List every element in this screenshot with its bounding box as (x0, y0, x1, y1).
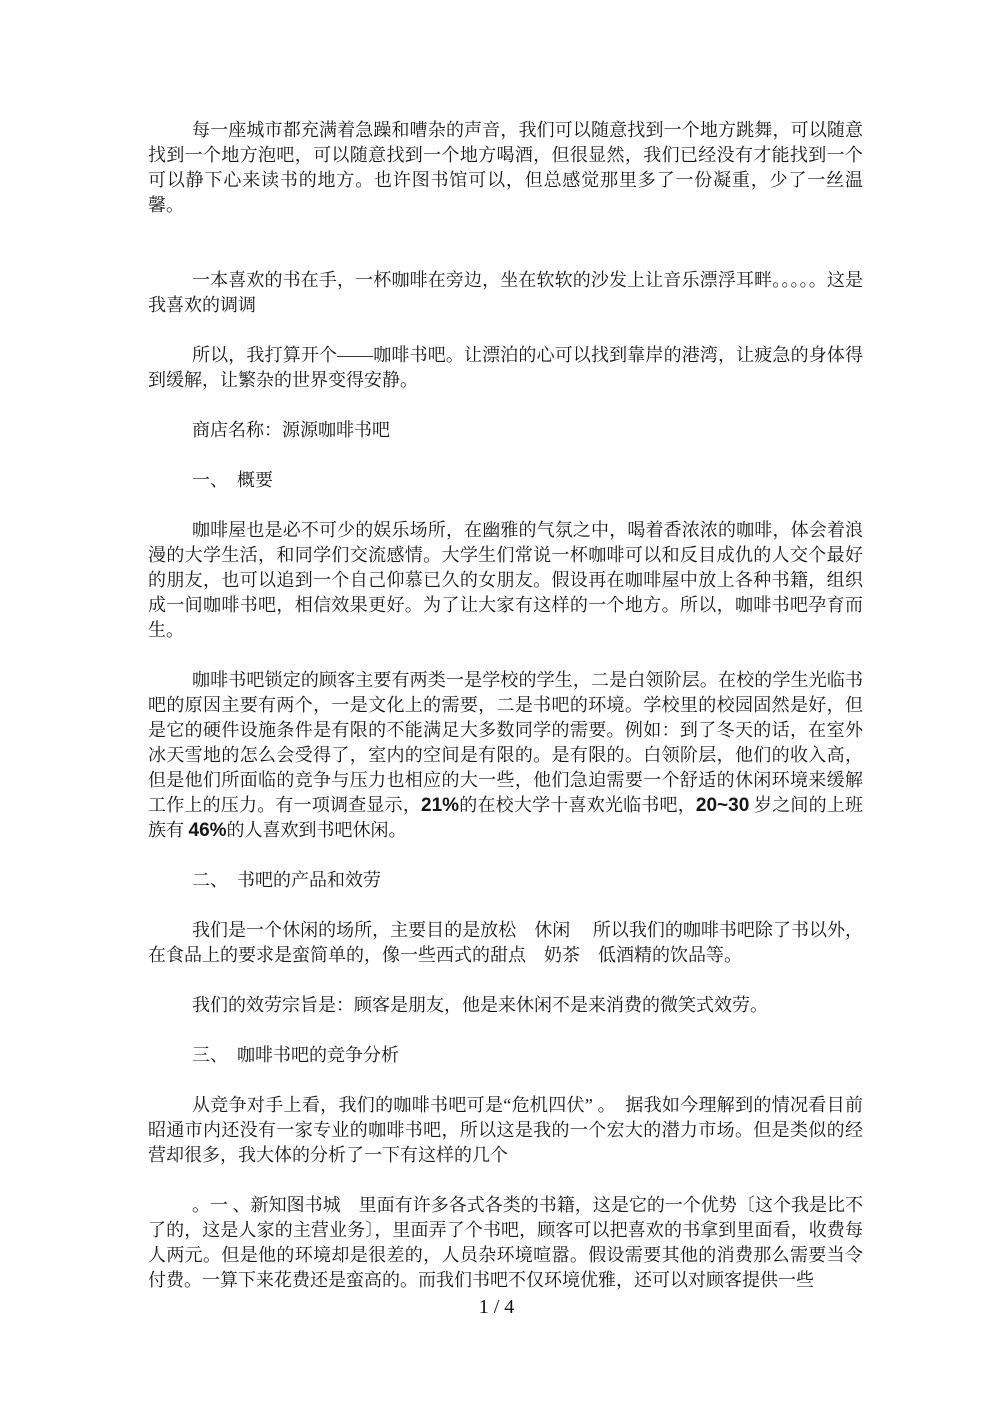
shop-name-line: 商店名称：源源咖啡书吧 (148, 418, 863, 443)
competitor-bookstore-paragraph: 。一 、新知图书城 里面有许多各式各类的书籍，这是它的一个优势〔这个我是比不了的… (148, 1193, 863, 1293)
heading-products-services: 二、 书吧的产品和效劳 (148, 868, 863, 893)
document-page: 每一座城市都充满着急躁和嘈杂的声音，我们可以随意找到一个地方跳舞，可以随意找到一… (0, 0, 993, 1404)
service-motto-paragraph: 我们的效劳宗旨是：顾客是朋友，他是来休闲不是来消费的微笑式效劳。 (148, 993, 863, 1018)
products-paragraph: 我们是一个休闲的场所，主要目的是放松 休闲 所以我们的咖啡书吧除了书以外，在食品… (148, 918, 863, 968)
latin-number: 46% (189, 820, 227, 841)
overview-paragraph: 咖啡屋也是必不可少的娱乐场所，在幽雅的气氛之中，喝着香浓浓的咖啡，体会着浪漫的大… (148, 518, 863, 643)
intro-paragraph: 每一座城市都充满着急躁和嘈杂的声音，我们可以随意找到一个地方跳舞，可以随意找到一… (148, 118, 863, 218)
page-number: 1 / 4 (0, 1296, 993, 1319)
mood-paragraph: 一本喜欢的书在手，一杯咖啡在旁边，坐在软软的沙发上让音乐漂浮耳畔。。。。。这是我… (148, 268, 863, 318)
latin-number: 20~30 (696, 795, 749, 816)
plan-paragraph: 所以，我打算开个——咖啡书吧。让漂泊的心可以找到靠岸的港湾，让疲急的身体得到缓解… (148, 343, 863, 393)
heading-competition: 三、 咖啡书吧的竞争分析 (148, 1043, 863, 1068)
latin-number: 21% (421, 795, 459, 816)
heading-overview: 一、 概要 (148, 468, 863, 493)
competition-paragraph: 从竞争对手上看，我们的咖啡书吧可是“危机四伏” 。 据我如今理解到的情况看目前昭… (148, 1093, 863, 1168)
customer-analysis-paragraph: 咖啡书吧锁定的顾客主要有两类一是学校的学生，二是白领阶层。在校的学生光临书吧的原… (148, 668, 863, 843)
